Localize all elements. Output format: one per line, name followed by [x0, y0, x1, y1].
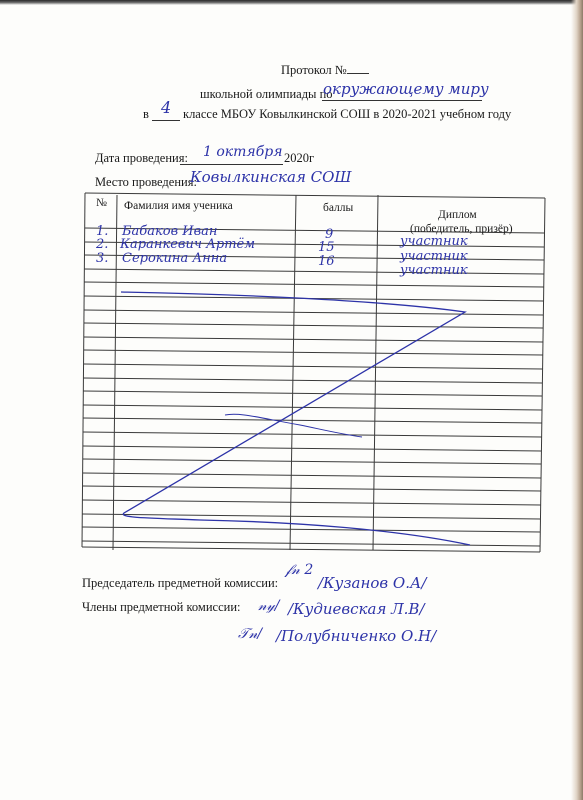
- members-label: Члены предметной комиссии:: [82, 600, 240, 615]
- chair-label: Председатель предметной комиссии:: [82, 576, 278, 591]
- member-1-signature: 𝓃𝓎/: [258, 598, 279, 614]
- results-table-grid: [0, 0, 583, 800]
- member-2-name: /Полубниченко О.Н/: [276, 627, 436, 645]
- row-score: 16: [318, 254, 335, 269]
- chair-signature: 𝒻𝓃 2: [285, 562, 313, 578]
- row-name: Серокина Анна: [122, 251, 227, 266]
- header-number: №: [96, 197, 107, 209]
- header-name: Фамилия имя ученика: [124, 200, 233, 212]
- row-diploma: участник: [400, 249, 468, 264]
- row-diploma: участник: [400, 234, 468, 249]
- row-number: 2.: [96, 237, 108, 252]
- row-score: 15: [318, 240, 335, 255]
- header-diploma: Диплом: [438, 209, 477, 221]
- row-diploma: участник: [400, 263, 468, 278]
- row-name: Каранкевич Артём: [120, 237, 255, 252]
- row-number: 3.: [96, 251, 108, 266]
- member-2-signature: 𝒯𝓃/: [238, 626, 262, 642]
- header-score: баллы: [323, 202, 353, 214]
- member-1-name: /Кудиевская Л.В/: [288, 600, 425, 618]
- chair-name: /Кузанов О.А/: [318, 574, 426, 592]
